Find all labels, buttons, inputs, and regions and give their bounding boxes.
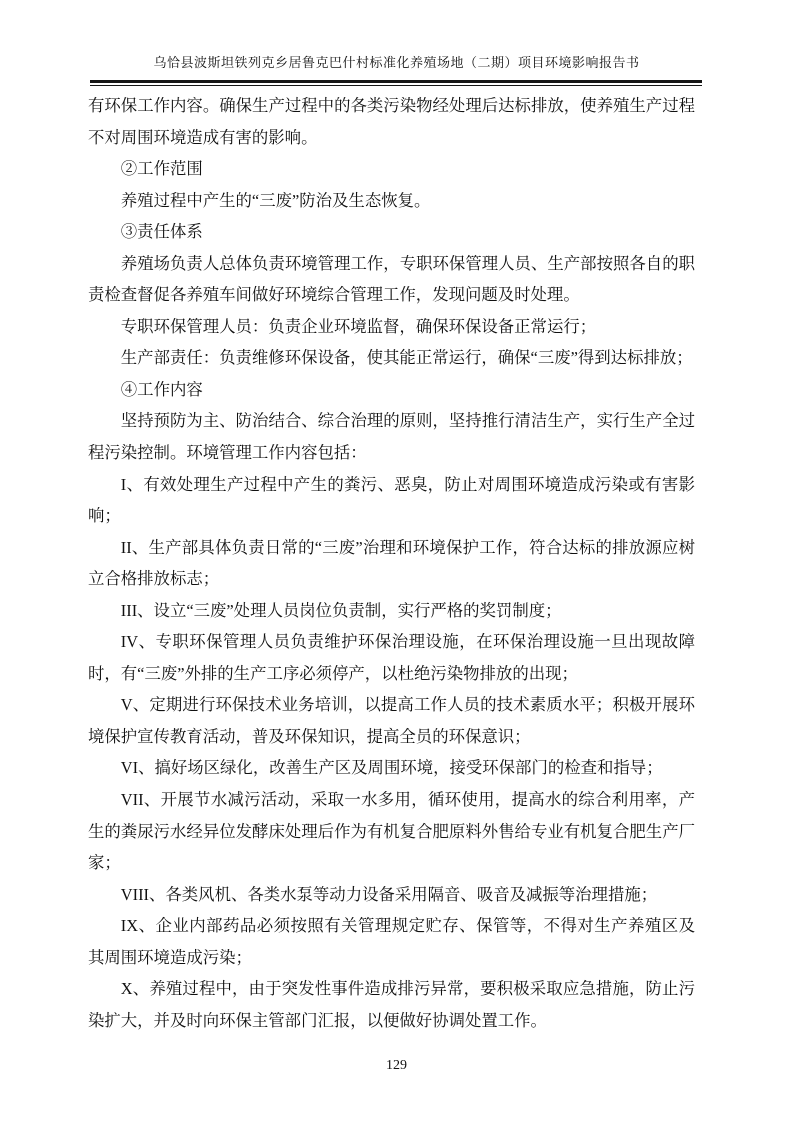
list-item-7: VII、开展节水减污活动，采取一水多用，循环使用，提高水的综合利用率，产生的粪尿…	[88, 784, 695, 879]
list-item-8: VIII、各类风机、各类水泵等动力设备采用隔音、吸音及减振等治理措施；	[88, 879, 695, 911]
paragraph-heading-2: ②工作范围	[88, 153, 695, 185]
paragraph: 生产部责任：负责维修环保设备，使其能正常运行，确保“三废”得到达标排放；	[88, 342, 695, 374]
document-body: 有环保工作内容。确保生产过程中的各类污染物经处理后达标排放，使养殖生产过程不对周…	[88, 90, 695, 1036]
list-item-10: X、养殖过程中，由于突发性事件造成排污异常，要积极采取应急措施，防止污染扩大，并…	[88, 973, 695, 1036]
paragraph: 有环保工作内容。确保生产过程中的各类污染物经处理后达标排放，使养殖生产过程不对周…	[88, 90, 695, 153]
list-item-6: VI、搞好场区绿化，改善生产区及周围环境，接受环保部门的检查和指导；	[88, 752, 695, 784]
paragraph: 养殖过程中产生的“三废”防治及生态恢复。	[88, 185, 695, 217]
list-item-4: IV、专职环保管理人员负责维护环保治理设施，在环保治理设施一旦出现故障时，有“三…	[88, 626, 695, 689]
paragraph: 专职环保管理人员：负责企业环境监督，确保环保设备正常运行；	[88, 311, 695, 343]
page-header-title: 乌恰县波斯坦铁列克乡居鲁克巴什村标准化养殖场地（二期）项目环境影响报告书	[0, 52, 793, 71]
list-item-1: I、有效处理生产过程中产生的粪污、恶臭，防止对周围环境造成污染或有害影响；	[88, 469, 695, 532]
list-item-9: IX、企业内部药品必须按照有关管理规定贮存、保管等，不得对生产养殖区及其周围环境…	[88, 910, 695, 973]
paragraph: 养殖场负责人总体负责环境管理工作，专职环保管理人员、生产部按照各自的职责检查督促…	[88, 248, 695, 311]
list-item-2: II、生产部具体负责日常的“三废”治理和环境保护工作，符合达标的排放源应树立合格…	[88, 532, 695, 595]
list-item-3: III、设立“三废”处理人员岗位负责制，实行严格的奖罚制度；	[88, 595, 695, 627]
document-page: 乌恰县波斯坦铁列克乡居鲁克巴什村标准化养殖场地（二期）项目环境影响报告书 有环保…	[0, 0, 793, 1122]
header-divider-rule	[90, 80, 702, 86]
paragraph-heading-3: ③责任体系	[88, 216, 695, 248]
paragraph-heading-4: ④工作内容	[88, 374, 695, 406]
list-item-5: V、定期进行环保技术业务培训，以提高工作人员的技术素质水平；积极开展环境保护宣传…	[88, 689, 695, 752]
paragraph: 坚持预防为主、防治结合、综合治理的原则，坚持推行清洁生产，实行生产全过程污染控制…	[88, 405, 695, 468]
page-number: 129	[0, 1058, 793, 1074]
